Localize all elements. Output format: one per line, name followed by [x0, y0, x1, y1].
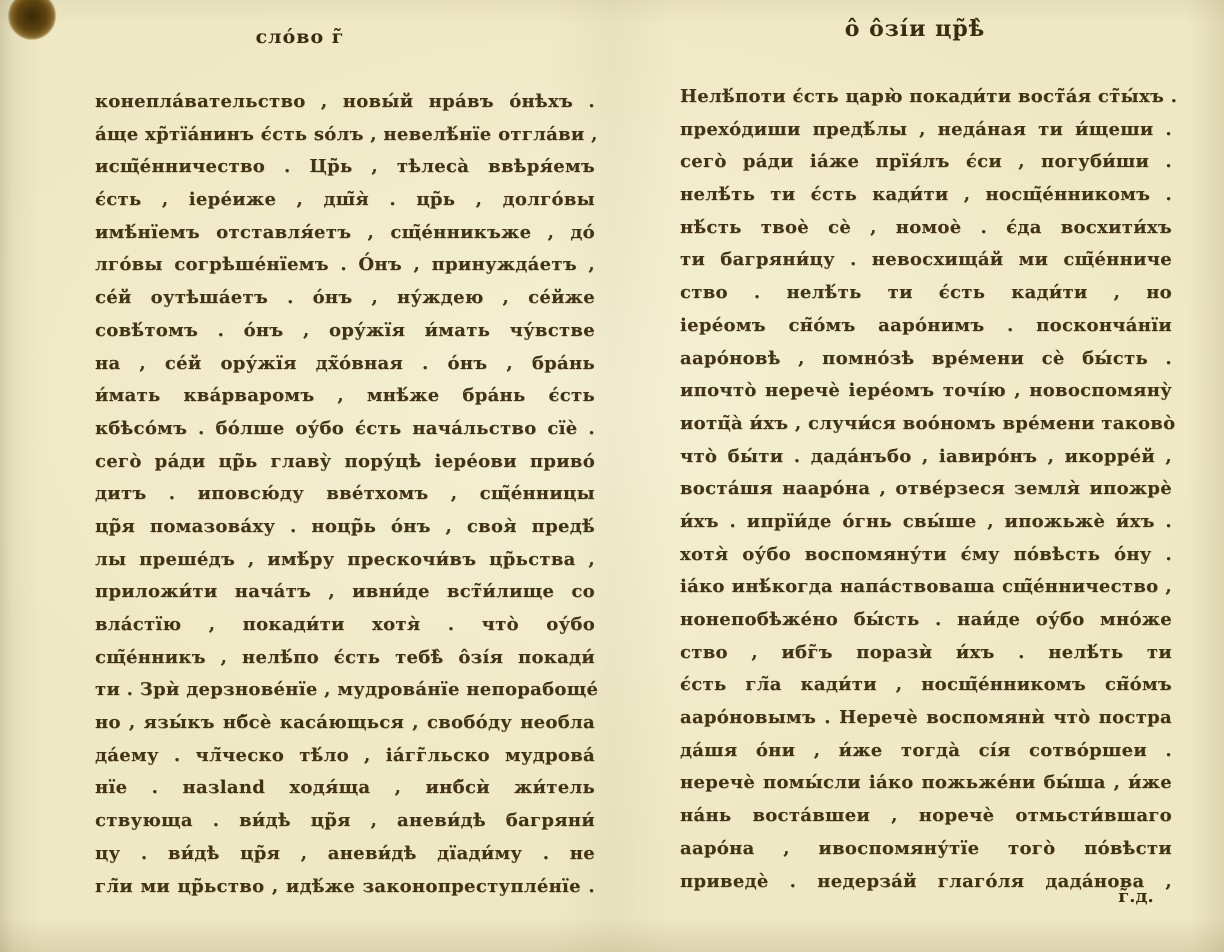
text-line: неречѐ помы́сли іа́ко пожьже́ни бы́ша , …	[680, 767, 1172, 800]
text-line: воста́шя нааро́на , отве́рзеся земля̀ ип…	[680, 473, 1172, 506]
text-line: на́нь воста́вшеи , норечѐ отмьсти́вшаго	[680, 800, 1172, 833]
text-line: цу . ви́дѣ цр̃я , аневи́дѣ дїади́му . не	[95, 838, 595, 871]
text-line: сщ̃е́нникъ , нелѣ́по є́сть тебѣ̀ о̂зі́я …	[95, 642, 595, 675]
text-line: вла́стїю , покади́ти хотя̀ . что̀ оу́бо	[95, 609, 595, 642]
text-line: є́сть гл̃а кади́ти , носщ̃е́нникомъ сн̃о…	[680, 669, 1172, 702]
text-line: иотц̃а̀ и́хъ , случи́ся воо́номъ вре́мен…	[680, 408, 1172, 441]
text-line: ааро́на , ивоспомяну́тїе того̀ по́вѣсти	[680, 833, 1172, 866]
text-line: гл̃и ми цр̃ьство , идѣ́же законопреступл…	[95, 871, 595, 904]
text-line: совѣ́томъ . о́нъ , ору́жїя и́мать чу́вст…	[95, 315, 595, 348]
text-line: іере́омъ сн̃о́мъ ааро́нимъ . посконча́нї…	[680, 310, 1172, 343]
text-line: нелѣ́ть ти є́сть кади́ти , носщ̃е́нником…	[680, 179, 1172, 212]
text-line: приложи́ти нача́тъ , ивни́де вст̃и́лище …	[95, 576, 595, 609]
text-line: сего̀ ра́ди іа́же прїя́лъ є́си , погуби́…	[680, 146, 1172, 179]
text-line: а́ще хр̃тїа́нинъ є́сть ѕо́лъ , невелѣ́нї…	[95, 119, 595, 152]
text-line: но , язы́къ нб̃сѐ каса́ющься , свобо́ду …	[95, 707, 595, 740]
right-page-header: о̂ о̂зі́и цр̃ѣ̀	[765, 16, 1065, 42]
text-line: нонепобѣже́но бы́сть . наи́де оу́бо мно́…	[680, 604, 1172, 637]
binding-stain	[6, 0, 68, 58]
text-line: на , се́й ору́жїя дх̃о́вная . о́нъ , бра…	[95, 348, 595, 381]
text-line: се́й оутѣша́етъ . о́нъ , ну́ждею , се́йж…	[95, 282, 595, 315]
text-line: ти . Зрѝ дерзнове́нїе , мудрова́нїе непо…	[95, 674, 595, 707]
text-line: что̀ бы́ти . дада́нъбо , іавиро́нъ , ико…	[680, 441, 1172, 474]
text-line: ти багряни́цу . невосхища́й ми сщ̃е́ннич…	[680, 244, 1172, 277]
text-line: ипочто̀ неречѐ іере́омъ точі́ю , новоспо…	[680, 375, 1172, 408]
book-scan: { "document": { "kind": "old-book-scan",…	[0, 0, 1224, 952]
left-page-text: конепла́вательство , новы́й нра́въ о́нѣх…	[95, 86, 595, 903]
text-line: и́мать ква́рваромъ , мнѣ́же бра́нь є́сть	[95, 380, 595, 413]
text-line: хотя̀ оу́бо воспомяну́ти є́му по́вѣсть о…	[680, 539, 1172, 572]
text-line: іа́ко инѣ́когда напа́ствоваша сщ̃е́нниче…	[680, 571, 1172, 604]
text-line: исщ̃е́нничество . Цр̃ь , тѣлеса̀ ввѣря́е…	[95, 151, 595, 184]
text-line: конепла́вательство , новы́й нра́въ о́нѣх…	[95, 86, 595, 119]
text-line: цр̃я помазова́ху . ноцр̃ь о́нъ , своя̀ п…	[95, 511, 595, 544]
text-line: ааро́новѣ , помно́зѣ вре́мени сѐ бы́сть …	[680, 343, 1172, 376]
text-line: Нелѣ́поти є́сть царю̀ покади́ти вост̃а́я…	[680, 81, 1172, 114]
text-line: и́хъ . ипрїи́де о́гнь свы́ше , ипожьжѐ и…	[680, 506, 1172, 539]
text-line: лго́вы согрѣше́нїемъ . О́нъ , принужда́е…	[95, 249, 595, 282]
text-line: сего̀ ра́ди цр̃ь главу̀ пору́цѣ іере́ови…	[95, 446, 595, 479]
text-line: ааро́новымъ . Неречѐ воспомянѝ что̀ пост…	[680, 702, 1172, 735]
quire-mark: г̃.д.	[1090, 886, 1182, 907]
text-line: ствующа . ви́дѣ цр̃я , аневи́дѣ багряни́	[95, 805, 595, 838]
text-line: кбѣсо́мъ . бо́лше оу́бо є́сть нача́льств…	[95, 413, 595, 446]
text-line: лы преше́дъ , имѣ́ру прескочи́въ цр̃ьств…	[95, 544, 595, 577]
text-line: нѣ́сть твоѐ сѐ , номоѐ . є́да восхити́хъ	[680, 212, 1172, 245]
text-line: нїе . назland ходя́ща , инб̃сѝ жи́тель	[95, 772, 595, 805]
text-line: да́шя о́ни , и́же тогда̀ сі́я сотво́ршеи…	[680, 735, 1172, 768]
text-line: да́ему . чл̃ческо тѣ́ло , іа́гг̃льско му…	[95, 740, 595, 773]
right-page-text: Нелѣ́поти є́сть царю̀ покади́ти вост̃а́я…	[680, 81, 1172, 898]
text-line: имѣ́нїемъ отставля́етъ , сщ̃е́нникъже , …	[95, 217, 595, 250]
text-line: ство , ибг̃ъ поразѝ и́хъ . нелѣ́ть ти	[680, 637, 1172, 670]
text-line: є́сть , іере́иже , дш̃я̀ . цр̃ь , долго́…	[95, 184, 595, 217]
text-line: дитъ . иповсю́ду вве́тхомъ , сщ̃е́нницы	[95, 478, 595, 511]
left-page-header: сло́во г̃	[150, 26, 450, 48]
text-line: прехо́диши предѣ́лы , неда́ная ти и́щеши…	[680, 114, 1172, 147]
text-line: ство . нелѣ́ть ти є́сть кади́ти , но	[680, 277, 1172, 310]
